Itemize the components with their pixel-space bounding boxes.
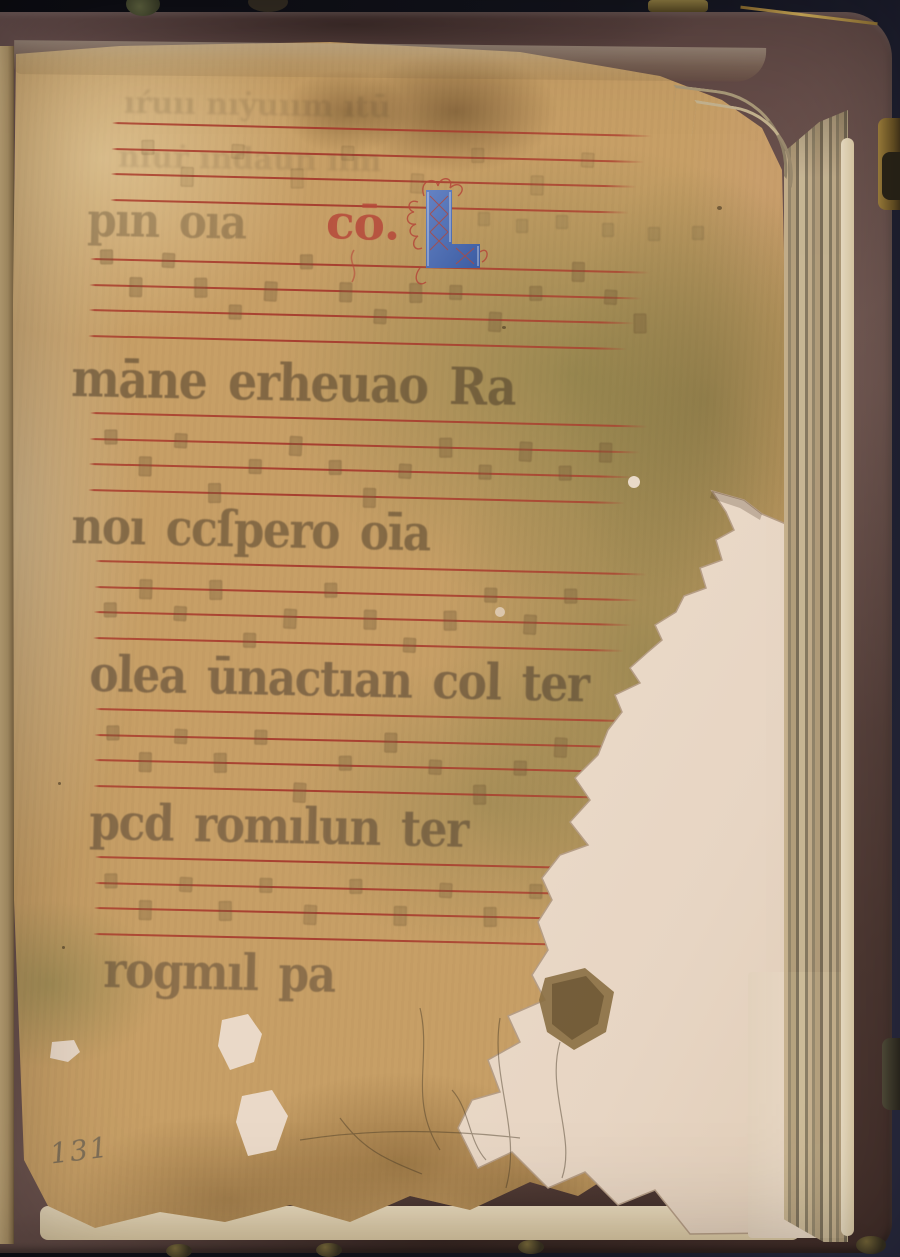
manuscript-photo: pın oıamāne erheuao Ranoı ccſpero oīaole… bbox=[0, 0, 900, 1257]
binding-stud bbox=[856, 1236, 886, 1254]
fleck bbox=[495, 607, 505, 617]
clasp-knob-upper bbox=[882, 152, 900, 200]
ink-speck bbox=[502, 326, 506, 329]
ink-speck bbox=[58, 782, 61, 785]
page-edge-stack bbox=[784, 110, 848, 1242]
ink-speck bbox=[62, 946, 65, 949]
binding-stud bbox=[316, 1243, 342, 1257]
binding-stud bbox=[166, 1244, 192, 1257]
hole bbox=[236, 1090, 288, 1156]
hole bbox=[218, 1014, 262, 1070]
binding-fitting-top-right bbox=[648, 0, 708, 12]
ink-speck bbox=[717, 206, 722, 210]
binding-stud bbox=[518, 1240, 544, 1254]
flyleaf-edge bbox=[841, 138, 854, 1236]
fleck bbox=[628, 476, 640, 488]
clasp-fitting-lower bbox=[882, 1038, 900, 1110]
hole bbox=[50, 1040, 80, 1062]
